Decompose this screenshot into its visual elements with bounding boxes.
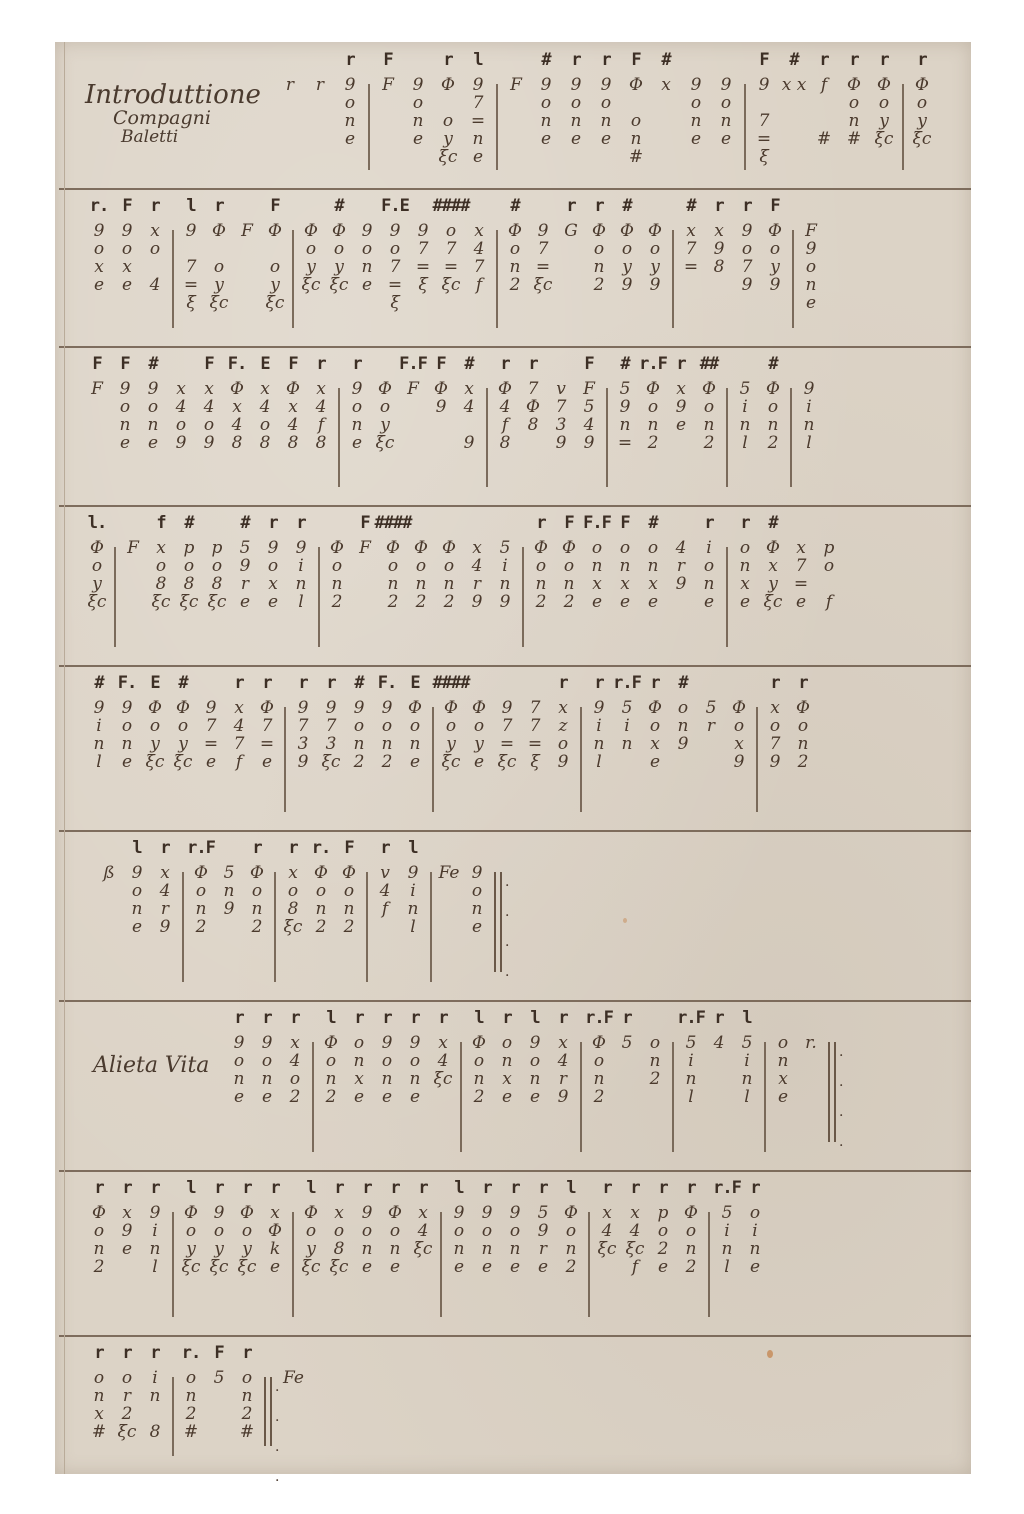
tablature-chord: #Φon2 — [759, 354, 787, 452]
tab-cipher: x — [768, 557, 778, 575]
tab-cipher: 4 — [290, 1052, 301, 1070]
tablature-chord: rx9e — [113, 1178, 141, 1258]
tablature-chord: F — [501, 50, 531, 130]
tab-cipher: # — [184, 1423, 198, 1441]
tab-cipher: 9 — [482, 1204, 493, 1222]
tab-cipher: x — [270, 1204, 280, 1222]
tab-cipher: e — [234, 1088, 244, 1106]
tab-cipher: r — [707, 717, 715, 735]
tab-cipher: o — [92, 557, 102, 575]
rhythm-flag: r — [571, 50, 580, 76]
rhythm-flag: F.E — [381, 196, 409, 222]
rhythm-flag: # — [354, 673, 363, 699]
tab-cipher: 3 — [326, 735, 337, 753]
rhythm-flag: r — [354, 1008, 363, 1034]
tab-cipher: # — [629, 148, 643, 166]
tab-cipher: 7 — [530, 699, 541, 717]
tab-cipher: ξ — [186, 294, 195, 312]
tab-cipher: 2 — [316, 918, 327, 936]
tab-cipher: n — [390, 1240, 401, 1258]
tab-cipher: ξc — [266, 294, 285, 312]
tab-cipher: 8 — [150, 1423, 161, 1441]
tab-cipher: o — [94, 1369, 104, 1387]
rhythm-flag: r — [122, 1178, 131, 1204]
tab-cipher: x — [676, 380, 686, 398]
bar-line — [292, 230, 294, 328]
tab-cipher: x — [234, 699, 244, 717]
tab-cipher: o — [721, 94, 731, 112]
tab-cipher: ξ — [530, 753, 539, 771]
tab-cipher: o — [594, 240, 604, 258]
tab-cipher: 4 — [714, 1034, 725, 1052]
tab-cipher: Φ — [250, 864, 264, 882]
rhythm-flag: F — [564, 513, 573, 539]
tab-cipher: 9 — [94, 222, 105, 240]
tab-cipher: x — [232, 398, 242, 416]
tab-cipher: n — [234, 1070, 245, 1088]
tab-cipher: x — [650, 735, 660, 753]
tab-cipher: k — [270, 1240, 280, 1258]
tab-cipher: n — [678, 717, 689, 735]
tablature-columns: r9oner9onerx4o2lΦon2ronxer9oner9onerx4ξc… — [225, 1008, 843, 1154]
tab-cipher: 8 — [288, 434, 299, 452]
tablature-chord: ####o7=ξc — [437, 196, 465, 294]
tab-cipher: e — [354, 1088, 364, 1106]
rhythm-flag: F.F — [399, 354, 427, 380]
tablature-chord: fxo8ξc — [147, 513, 175, 611]
tab-cipher: y — [186, 1240, 196, 1258]
tablature-chord: r — [305, 50, 335, 130]
tablature-chord: 97=ξc — [529, 196, 557, 294]
tablature-chord: r9one — [343, 354, 371, 452]
tab-cipher: e — [362, 276, 372, 294]
tab-cipher: n — [502, 1052, 513, 1070]
tab-cipher: l — [744, 1088, 749, 1106]
tab-cipher: o — [288, 882, 298, 900]
tab-cipher: = — [618, 434, 632, 452]
tab-cipher: 9 — [148, 380, 159, 398]
tab-cipher: 5 — [240, 539, 251, 557]
tab-cipher: n — [571, 112, 582, 130]
rhythm-flag: F — [122, 196, 131, 222]
tablature-chord: rxΦke — [261, 1178, 289, 1276]
bar-line — [292, 1212, 294, 1317]
tab-cipher: 4 — [234, 717, 245, 735]
rhythm-flag: F. — [228, 354, 246, 380]
tab-cipher: o — [413, 94, 423, 112]
tab-cipher: n — [620, 557, 631, 575]
tablature-chord: r9one — [501, 1178, 529, 1276]
tab-cipher: F — [241, 222, 253, 240]
tablature-chord: F.9one — [113, 673, 141, 771]
tab-cipher: o — [306, 1222, 316, 1240]
tab-cipher: 4 — [474, 240, 485, 258]
tablature-chord: rin8 — [141, 1343, 169, 1441]
tablature-chord: rf# — [809, 50, 839, 148]
tab-cipher: y — [622, 258, 632, 276]
tablature-chord: FΦon2 — [555, 513, 583, 611]
tab-cipher: Φ — [498, 380, 512, 398]
tab-cipher: n — [622, 735, 633, 753]
final-double-bar — [264, 1377, 272, 1446]
tab-cipher: o — [770, 240, 780, 258]
tab-cipher: ξc — [875, 130, 894, 148]
bar-line — [440, 1212, 442, 1317]
tab-cipher: 8 — [334, 1240, 345, 1258]
tab-cipher: l — [688, 1088, 693, 1106]
tab-cipher: 7 — [390, 258, 401, 276]
tab-cipher: 9 — [214, 1204, 225, 1222]
tab-cipher: n — [594, 1070, 605, 1088]
tab-cipher: i — [502, 557, 507, 575]
tab-cipher: 9 — [676, 575, 687, 593]
tab-cipher: n — [186, 1387, 197, 1405]
tab-cipher: e — [502, 1088, 512, 1106]
tab-cipher: n — [148, 416, 159, 434]
tab-cipher: o — [917, 94, 927, 112]
tab-cipher: e — [778, 1088, 788, 1106]
tab-cipher: 7 — [446, 240, 457, 258]
tab-cipher: ξc — [439, 148, 458, 166]
tablature-chord: rv4f — [371, 838, 399, 936]
tab-cipher: Φ — [877, 76, 891, 94]
tab-cipher: # — [817, 130, 831, 148]
tablature-chord: r9inl — [141, 1178, 169, 1276]
rhythm-flag: # — [334, 196, 343, 222]
tab-cipher: e — [796, 593, 806, 611]
tab-cipher: Φ — [434, 380, 448, 398]
tab-cipher: o — [212, 557, 222, 575]
tab-cipher: n — [413, 112, 424, 130]
tab-cipher: 4 — [204, 398, 215, 416]
bar-line — [790, 388, 792, 487]
rhythm-flag: r — [290, 1008, 299, 1034]
tab-cipher: ξc — [210, 1258, 229, 1276]
tab-cipher: x — [778, 1070, 788, 1088]
tab-cipher: 9 — [806, 240, 817, 258]
tablature-system-9: ronx#ror2ξcrin8r.on2#F5ron2#····Fe — [55, 1335, 971, 1474]
tab-cipher: 2 — [536, 593, 547, 611]
tab-cipher: e — [362, 1258, 372, 1276]
tablature-chord: F.FF — [399, 354, 427, 434]
rhythm-flag: r — [150, 1343, 159, 1369]
tab-cipher: x — [740, 575, 750, 593]
tab-cipher: ξc — [180, 593, 199, 611]
tab-cipher: y — [879, 112, 889, 130]
rhythm-flag: r.F — [713, 1178, 741, 1204]
tablature-chord: r9inl — [287, 513, 315, 611]
tab-cipher: o — [352, 398, 362, 416]
rhythm-flag: r — [270, 1178, 279, 1204]
rhythm-flag: # — [178, 673, 187, 699]
tab-cipher: 9 — [759, 76, 770, 94]
tab-cipher: x — [290, 1034, 300, 1052]
tab-cipher: 9 — [473, 76, 484, 94]
tablature-chord: rx4r9 — [151, 838, 179, 936]
tab-cipher: 9 — [160, 918, 171, 936]
tab-cipher: 7 — [262, 717, 273, 735]
tab-cipher: o — [650, 240, 660, 258]
tab-cipher: y — [92, 575, 102, 593]
tab-cipher: Φ — [314, 864, 328, 882]
rhythm-flag: l. — [88, 513, 106, 539]
tab-cipher: o — [306, 240, 316, 258]
tab-cipher: o — [150, 717, 160, 735]
rhythm-flag: r — [234, 673, 243, 699]
tab-cipher: Φ — [184, 1204, 198, 1222]
tab-cipher: e — [538, 1258, 548, 1276]
tab-cipher: o — [242, 1222, 252, 1240]
tablature-system-1: rrr9oneFF9onerΦoyξcl97=neF#9oner9oner9on… — [55, 42, 971, 188]
tab-cipher: n — [252, 900, 263, 918]
rhythm-flag: F — [383, 50, 392, 76]
rhythm-flag: r.F — [187, 838, 215, 864]
tab-cipher: n — [482, 1240, 493, 1258]
tab-cipher: ξc — [498, 753, 517, 771]
tab-cipher: r. — [805, 1034, 817, 1052]
bar-line — [366, 872, 368, 982]
tab-cipher: o — [750, 1204, 760, 1222]
tab-cipher: Φ — [702, 380, 716, 398]
tab-cipher: 4 — [260, 398, 271, 416]
rhythm-flag: # — [622, 196, 631, 222]
tab-cipher: n — [410, 735, 421, 753]
rhythm-flag: r — [566, 196, 575, 222]
rhythm-flag: r — [242, 1178, 251, 1204]
tablature-chord: Fe — [435, 838, 463, 918]
tab-cipher: 9 — [464, 434, 475, 452]
tab-cipher: e — [530, 1088, 540, 1106]
bar-line — [744, 84, 746, 170]
bar-line — [672, 1042, 674, 1152]
tab-cipher: Φ — [592, 1034, 606, 1052]
tab-cipher: n — [354, 735, 365, 753]
tab-cipher: 7 — [796, 557, 807, 575]
tab-cipher: F — [510, 76, 522, 94]
tab-cipher: x — [122, 1204, 132, 1222]
tablature-chord: 5r — [697, 673, 725, 771]
tab-cipher: n — [601, 112, 612, 130]
tablature-chord: r.FΦon2 — [187, 838, 215, 936]
tablature-chord: x4r9 — [463, 513, 491, 611]
tablature-chord: #Φoy9 — [613, 196, 641, 294]
tab-cipher: 2 — [196, 918, 207, 936]
bar-line — [672, 230, 674, 328]
rhythm-flag: r — [601, 50, 610, 76]
tab-cipher: F — [127, 539, 139, 557]
tab-cipher: ξc — [152, 593, 171, 611]
tab-cipher: l — [298, 593, 303, 611]
tablature-chord: F9oxe — [113, 196, 141, 294]
tab-cipher: o — [214, 1222, 224, 1240]
tab-cipher: 7 — [759, 112, 770, 130]
tab-cipher: n — [132, 900, 143, 918]
tab-cipher: 9 — [734, 753, 745, 771]
tab-cipher: n — [686, 1240, 697, 1258]
tab-cipher: f — [502, 416, 508, 434]
tablature-chord: Φoyξc — [297, 196, 325, 294]
tablature-chord: rx4ξc — [593, 1178, 621, 1276]
tablature-system-8: rΦon2rx9er9inllΦoyξcr9oyξcrΦoyξcrxΦkelΦo… — [55, 1170, 971, 1335]
tab-cipher: F — [407, 380, 419, 398]
tab-cipher: 5 — [686, 1034, 697, 1052]
tab-cipher: o — [390, 240, 400, 258]
tab-cipher: Φ — [386, 539, 400, 557]
rhythm-flag: r — [382, 1008, 391, 1034]
tablature-chord: rΦon2 — [789, 673, 817, 771]
tab-cipher: Fe — [283, 1369, 304, 1387]
tab-cipher: ξc — [322, 753, 341, 771]
tab-cipher: ξc — [626, 1240, 645, 1258]
tab-cipher: x — [438, 1034, 448, 1052]
tablature-system-4: l.ΦoyξcFfxo8ξc#po8ξcpo8ξc#59rer9oxer9inl… — [55, 505, 971, 665]
tab-cipher: e — [676, 416, 686, 434]
rhythm-flag: l — [408, 838, 417, 864]
tab-cipher: 3 — [556, 416, 567, 434]
tab-cipher: n — [721, 112, 732, 130]
tab-cipher: o — [592, 539, 602, 557]
tab-cipher: n — [242, 1387, 253, 1405]
tablature-chord: #Φxyξc — [759, 513, 787, 611]
rhythm-flag: # — [620, 354, 629, 380]
tab-cipher: 2 — [798, 753, 809, 771]
tab-cipher: o — [148, 398, 158, 416]
tab-cipher: n — [382, 735, 393, 753]
tab-cipher: o — [566, 1222, 576, 1240]
tab-cipher: o — [472, 882, 482, 900]
tab-cipher: n — [410, 1070, 421, 1088]
rhythm-flag: E — [410, 673, 419, 699]
rhythm-flag: r — [676, 354, 685, 380]
tablature-chord: 9one — [711, 50, 741, 148]
tab-cipher: 2 — [510, 276, 521, 294]
tab-cipher: o — [631, 112, 641, 130]
tablature-chord: rx9e — [667, 354, 695, 434]
tab-cipher: 4 — [584, 416, 595, 434]
tab-cipher: Φ — [646, 380, 660, 398]
tab-cipher: ξc — [913, 130, 932, 148]
tab-cipher: o — [446, 222, 456, 240]
tab-cipher: n — [566, 1240, 577, 1258]
tab-cipher: i — [624, 717, 629, 735]
tab-cipher: 4 — [418, 1222, 429, 1240]
tab-cipher: 2 — [332, 593, 343, 611]
tab-cipher: o — [262, 1052, 272, 1070]
tab-cipher: o — [510, 1222, 520, 1240]
tab-cipher: 8 — [260, 434, 271, 452]
tab-cipher: n — [798, 735, 809, 753]
tab-cipher: n — [620, 416, 631, 434]
rhythm-flag: r — [740, 513, 749, 539]
tablature-chord: rione — [695, 513, 723, 611]
tablature-chord: r4 — [705, 1008, 733, 1088]
tab-cipher: Φ — [534, 539, 548, 557]
tablature-chord: rx47f — [225, 673, 253, 771]
tab-cipher: n — [510, 258, 521, 276]
rhythm-flag: # — [768, 513, 777, 539]
tab-cipher: ξc — [284, 918, 303, 936]
tab-cipher: e — [410, 753, 420, 771]
tab-cipher: o — [94, 1222, 104, 1240]
tab-cipher: y — [306, 258, 316, 276]
tab-cipher: o — [176, 416, 186, 434]
tab-cipher: 4 — [472, 557, 483, 575]
tablature-chord: r9inl — [585, 673, 613, 771]
tablature-chord: l9inl — [399, 838, 427, 936]
tab-cipher: 9 — [500, 593, 511, 611]
tab-cipher: o — [650, 717, 660, 735]
tablature-chord: 9one — [353, 196, 381, 294]
tab-cipher: 9 — [240, 557, 251, 575]
tab-cipher: Φ — [620, 222, 634, 240]
tab-cipher: 7 — [742, 258, 753, 276]
rhythm-flag: F — [631, 50, 640, 76]
rhythm-flag: E — [150, 673, 159, 699]
tab-cipher: y — [214, 276, 224, 294]
tab-cipher: 9 — [472, 593, 483, 611]
rhythm-flag: l — [186, 1178, 195, 1204]
tab-cipher: 4 — [288, 416, 299, 434]
tab-cipher: 2 — [252, 918, 263, 936]
rhythm-flag: r — [714, 196, 723, 222]
tab-cipher: l — [96, 753, 101, 771]
tablature-chord: Fx4o9 — [195, 354, 223, 452]
tablature-chord: F.E9o7=ξ — [381, 196, 409, 312]
tab-cipher: o — [734, 717, 744, 735]
tab-cipher: = — [471, 112, 485, 130]
tablature-chord: rΦon2 — [677, 1178, 705, 1276]
tab-cipher: o — [601, 94, 611, 112]
tablature-columns: rrr9oneFF9onerΦoyξcl97=neF#9oner9oner9on… — [275, 50, 937, 170]
tab-cipher: y — [306, 1240, 316, 1258]
tab-cipher: 7 — [530, 717, 541, 735]
tab-cipher: 2 — [564, 593, 575, 611]
tab-cipher: n — [473, 130, 484, 148]
tab-cipher: n — [530, 1070, 541, 1088]
tab-cipher: o — [362, 240, 372, 258]
rhythm-flag: r — [558, 673, 567, 699]
rhythm-flag: r — [658, 1178, 667, 1204]
tab-cipher: 2 — [94, 1258, 105, 1276]
tablature-chord: 9one — [403, 50, 433, 148]
tab-cipher: i — [596, 717, 601, 735]
rhythm-flag: # — [240, 513, 249, 539]
tab-cipher: Φ — [304, 1204, 318, 1222]
tab-cipher: 7 — [528, 380, 539, 398]
tab-cipher: 9 — [541, 76, 552, 94]
tab-cipher: n — [345, 112, 356, 130]
rhythm-flag: r — [819, 50, 828, 76]
tab-cipher: 4 — [176, 398, 187, 416]
tab-cipher: e — [571, 130, 581, 148]
rhythm-flag: F — [270, 196, 279, 222]
tab-cipher: 9 — [298, 699, 309, 717]
tab-cipher: o — [332, 557, 342, 575]
rhythm-flag: r — [316, 354, 325, 380]
tablature-chord: FΦoyξc — [261, 196, 289, 312]
tab-cipher: Φ — [768, 222, 782, 240]
tab-cipher: n — [354, 1052, 365, 1070]
tab-cipher: 9 — [408, 864, 419, 882]
tab-cipher: 8 — [232, 434, 243, 452]
tab-cipher: o — [444, 557, 454, 575]
tab-cipher: x — [354, 1070, 364, 1088]
tablature-chord: F97=ξ — [749, 50, 779, 166]
tab-cipher: o — [354, 1034, 364, 1052]
rhythm-flag: r — [150, 1178, 159, 1204]
tablature-chord: ror2ξc — [113, 1343, 141, 1441]
tab-cipher: o — [344, 882, 354, 900]
